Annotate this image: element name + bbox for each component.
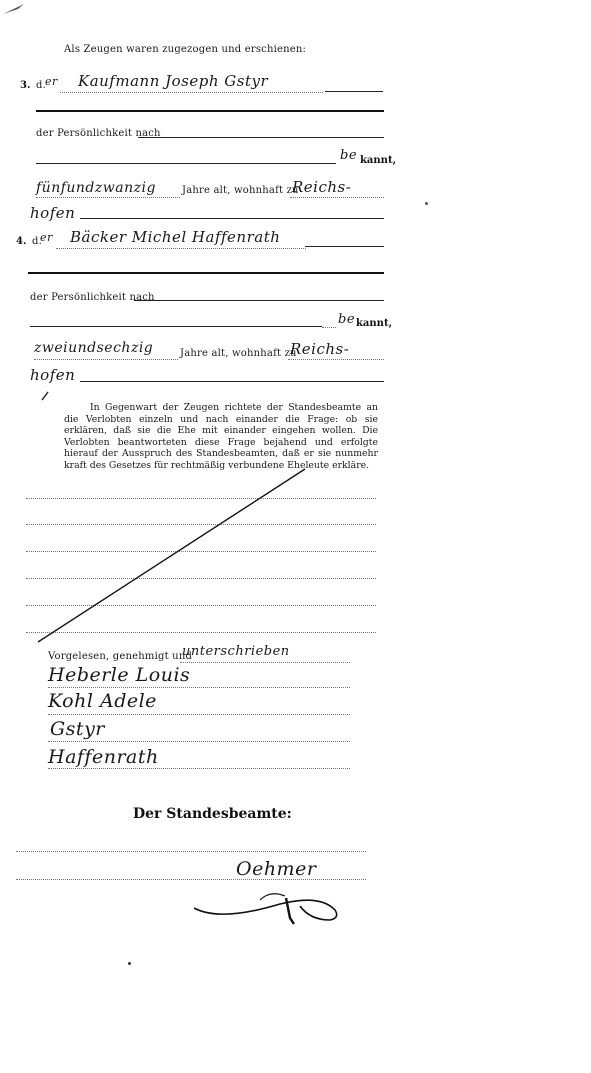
signer-4[interactable]: Haffenrath	[48, 746, 159, 768]
signer-line-1	[48, 687, 350, 688]
speck	[425, 202, 428, 205]
signature-flourish	[190, 870, 350, 940]
speck	[128, 962, 131, 965]
registrar-title: Der Standesbeamte:	[133, 806, 292, 822]
approved-line	[180, 662, 350, 663]
approved-hand[interactable]: unterschrieben	[182, 644, 290, 659]
signer-1[interactable]: Heberle Louis	[48, 664, 190, 686]
approved-label: Vorgelesen, genehmigt und	[48, 651, 192, 662]
signer-line-3	[48, 741, 350, 742]
signer-line-4	[48, 768, 350, 769]
signer-2[interactable]: Kohl Adele	[48, 690, 157, 712]
registrar-line-1	[16, 851, 366, 852]
signer-3[interactable]: Gstyr	[50, 718, 105, 740]
signer-line-2	[48, 714, 350, 715]
